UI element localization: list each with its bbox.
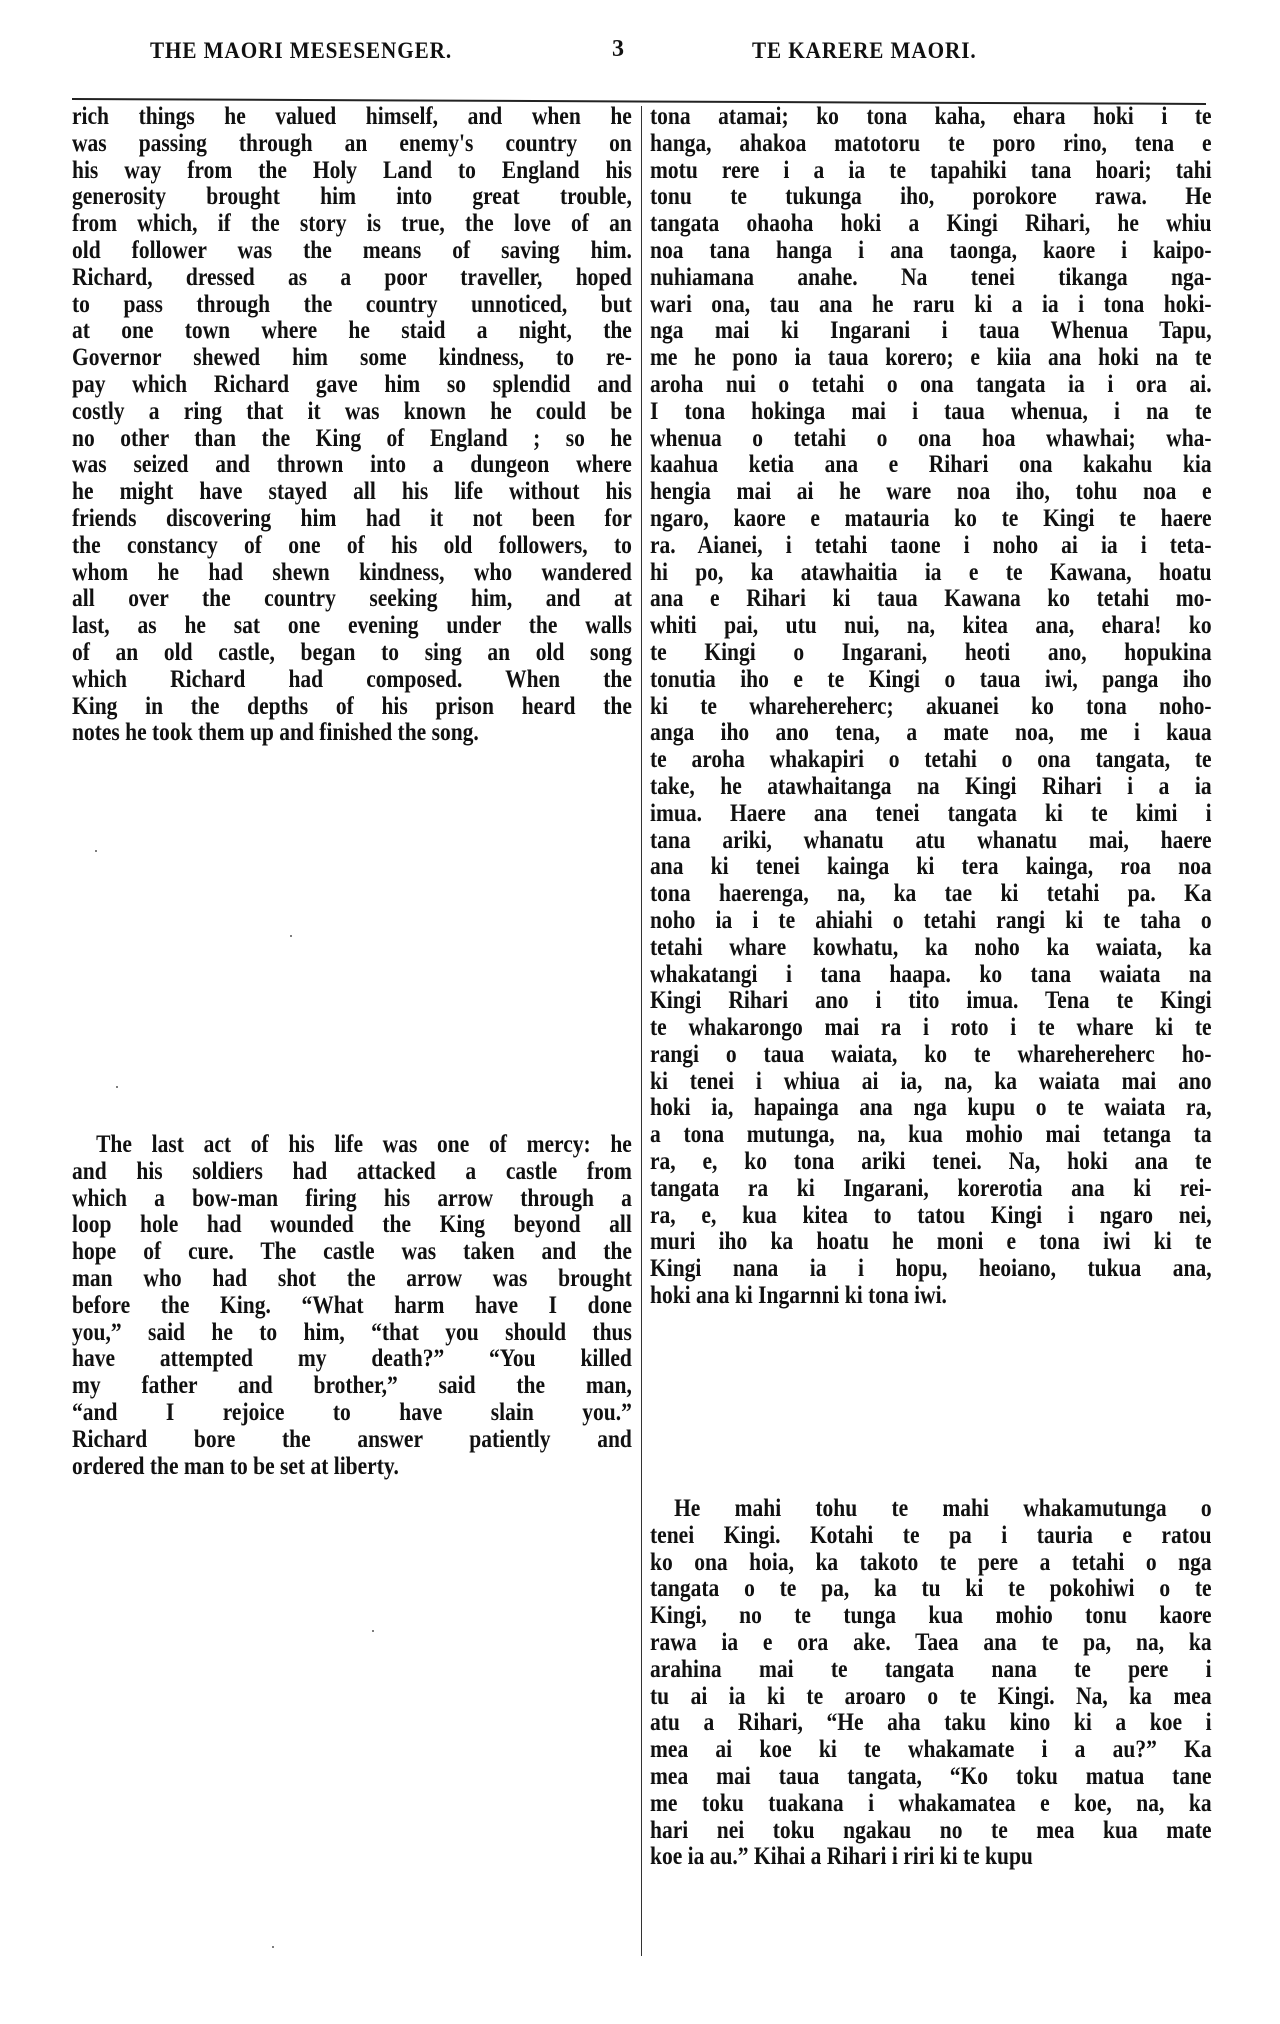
text-line: and his soldiers had attacked a castle f… (72, 1159, 632, 1186)
maori-column-paragraph-2: He mahi tohu te mahi whakamutunga otenei… (650, 1496, 1212, 1871)
scan-speck (372, 1630, 374, 1632)
newspaper-page: THE MAORI MESESENGER. 3 TE KARERE MAORI.… (0, 0, 1280, 2024)
text-line: He mahi tohu te mahi whakamutunga o (650, 1496, 1212, 1523)
text-line: te whakarongo mai ra i roto i te whare k… (650, 1015, 1212, 1042)
text-line: me toku tuakana i whakamatea e koe, na, … (650, 1791, 1212, 1818)
text-line: Kingi, no te tunga kua mohio tonu kaore (650, 1603, 1212, 1630)
running-head: THE MAORI MESESENGER. 3 TE KARERE MAORI. (70, 30, 1210, 80)
text-line: aroha nui o tetahi o ona tangata ia i or… (650, 372, 1212, 399)
text-line: ko ona hoia, ka takoto te pere a tetahi … (650, 1550, 1212, 1577)
scan-speck (116, 1086, 118, 1088)
text-line: atu a Rihari, “He aha taku kino ki a koe… (650, 1710, 1212, 1737)
text-line: no other than the King of England ; so h… (72, 426, 632, 453)
scan-speck (95, 850, 97, 852)
text-line: from which, if the story is true, the lo… (72, 211, 632, 238)
text-line: a tona mutunga, na, kua mohio mai tetang… (650, 1122, 1212, 1149)
text-line: kaahua ketia ana e Rihari ona kakahu kia (650, 452, 1212, 479)
text-line: tona atamai; ko tona kaha, ehara hoki i … (650, 104, 1212, 131)
text-line: hi po, ka atawhaitia ia e te Kawana, hoa… (650, 560, 1212, 587)
text-line: ngaro, kaore e matauria ko te Kingi te h… (650, 506, 1212, 533)
text-line: whiti pai, utu nui, na, kitea ana, ehara… (650, 613, 1212, 640)
scan-speck (272, 1946, 274, 1948)
text-line: generosity brought him into great troubl… (72, 184, 632, 211)
text-line: tetahi whare kowhatu, ka noho ka waiata,… (650, 935, 1212, 962)
text-line: anga iho ano tena, a mate noa, me i kaua (650, 720, 1212, 747)
text-line: tenei Kingi. Kotahi te pa i tauria e rat… (650, 1523, 1212, 1550)
text-line: was passing through an enemy's country o… (72, 131, 632, 158)
english-column-paragraph-2: The last act of his life was one of merc… (72, 1132, 632, 1480)
text-line: muri iho ka hoatu he moni e tona iwi ki … (650, 1229, 1212, 1256)
text-line: ana ki tenei kainga ki tera kainga, roa … (650, 854, 1212, 881)
text-line: last, as he sat one evening under the wa… (72, 613, 632, 640)
text-line: nga mai ki Ingarani i taua Whenua Tapu, (650, 318, 1212, 345)
text-line: te Kingi o Ingarani, heoti ano, hopukina (650, 640, 1212, 667)
text-line: which a bow-man firing his arrow through… (72, 1186, 632, 1213)
text-line: Richard, dressed as a poor traveller, ho… (72, 265, 632, 292)
maori-column-paragraph-1: tona atamai; ko tona kaha, ehara hoki i … (650, 104, 1212, 1310)
page-number: 3 (612, 36, 625, 63)
text-line: koe ia au.” Kihai a Rihari i riri ki te … (650, 1844, 1212, 1871)
text-line: nuhiamana anahe. Na tenei tikanga nga- (650, 265, 1212, 292)
text-line: “and I rejoice to have slain you.” (72, 1400, 632, 1427)
text-line: mea mai taua tangata, “Ko toku matua tan… (650, 1764, 1212, 1791)
text-line: you,” said he to him, “that you should t… (72, 1320, 632, 1347)
text-line: me he pono ia taua korero; e kiia ana ho… (650, 345, 1212, 372)
text-line: hanga, ahakoa matotoru te poro rino, ten… (650, 131, 1212, 158)
text-line: hengia mai ai he ware noa iho, tohu noa … (650, 479, 1212, 506)
text-line: his way from the Holy Land to England hi… (72, 158, 632, 185)
maori-masthead-title: TE KARERE MAORI. (752, 38, 977, 64)
text-line: ra, e, kua kitea to tatou Kingi i ngaro … (650, 1203, 1212, 1230)
text-line: loop hole had wounded the King beyond al… (72, 1212, 632, 1239)
scan-speck (290, 935, 292, 937)
english-column-paragraph-1: rich things he valued himself, and when … (72, 104, 632, 747)
text-line: noa tana hanga i ana taonga, kaore i kai… (650, 238, 1212, 265)
text-line: rangi o taua waiata, ko te wharehereherc… (650, 1042, 1212, 1069)
text-line: motu rere i a ia te tapahiki tana hoari;… (650, 158, 1212, 185)
text-line: man who had shot the arrow was brought (72, 1266, 632, 1293)
text-line: whakatangi i tana haapa. ko tana waiata … (650, 962, 1212, 989)
text-line: whom he had shewn kindness, who wandered (72, 560, 632, 587)
text-line: tangata ra ki Ingarani, korerotia ana ki… (650, 1176, 1212, 1203)
text-line: The last act of his life was one of merc… (72, 1132, 632, 1159)
text-line: notes he took them up and finished the s… (72, 720, 632, 747)
text-line: ana e Rihari ki taua Kawana ko tetahi mo… (650, 586, 1212, 613)
text-line: Richard bore the answer patiently and (72, 1427, 632, 1454)
text-line: hoki ana ki Ingarnni ki tona iwi. (650, 1283, 1212, 1310)
text-line: hope of cure. The castle was taken and t… (72, 1239, 632, 1266)
text-line: tangata ohaoha hoki a Kingi Rihari, he w… (650, 211, 1212, 238)
text-line: hari nei toku ngakau no te mea kua mate (650, 1818, 1212, 1845)
text-line: at one town where he staid a night, the (72, 318, 632, 345)
text-line: tona haerenga, na, ka tae ki tetahi pa. … (650, 881, 1212, 908)
text-line: ki tenei i whiua ai ia, na, ka waiata ma… (650, 1069, 1212, 1096)
text-line: arahina mai te tangata nana te pere i (650, 1657, 1212, 1684)
text-line: rawa ia e ora ake. Taea ana te pa, na, k… (650, 1630, 1212, 1657)
text-line: ra, e, ko tona ariki tenei. Na, hoki ana… (650, 1149, 1212, 1176)
text-line: my father and brother,” said the man, (72, 1373, 632, 1400)
text-line: tana ariki, whanatu atu whanatu mai, hae… (650, 828, 1212, 855)
text-line: costly a ring that it was known he could… (72, 399, 632, 426)
english-masthead-title: THE MAORI MESESENGER. (150, 38, 452, 64)
text-line: pay which Richard gave him so splendid a… (72, 372, 632, 399)
text-line: ordered the man to be set at liberty. (72, 1454, 632, 1481)
text-line: the constancy of one of his old follower… (72, 533, 632, 560)
text-line: friends discovering him had it not been … (72, 506, 632, 533)
text-line: old follower was the means of saving him… (72, 238, 632, 265)
text-line: which Richard had composed. When the (72, 667, 632, 694)
text-line: tu ai ia ki te aroaro o te Kingi. Na, ka… (650, 1684, 1212, 1711)
text-line: wari ona, tau ana he raru ki a ia i tona… (650, 292, 1212, 319)
text-line: all over the country seeking him, and at (72, 586, 632, 613)
text-line: tonu te tukunga iho, porokore rawa. He (650, 184, 1212, 211)
text-line: noho ia i te ahiahi o tetahi rangi ki te… (650, 908, 1212, 935)
text-line: King in the depths of his prison heard t… (72, 694, 632, 721)
text-line: ki te wharehereherc; akuanei ko tona noh… (650, 694, 1212, 721)
text-line: tonutia iho e te Kingi o taua iwi, panga… (650, 667, 1212, 694)
text-line: take, he atawhaitanga na Kingi Rihari i … (650, 774, 1212, 801)
text-line: Kingi nana ia i hopu, heoiano, tukua ana… (650, 1256, 1212, 1283)
text-line: imua. Haere ana tenei tangata ki te kimi… (650, 801, 1212, 828)
text-line: before the King. “What harm have I done (72, 1293, 632, 1320)
text-line: have attempted my death?” “You killed (72, 1346, 632, 1373)
text-line: rich things he valued himself, and when … (72, 104, 632, 131)
text-line: was seized and thrown into a dungeon whe… (72, 452, 632, 479)
text-line: to pass through the country unnoticed, b… (72, 292, 632, 319)
text-line: ra. Aianei, i tetahi taone i noho ai ia … (650, 533, 1212, 560)
text-line: te aroha whakapiri o tetahi o ona tangat… (650, 747, 1212, 774)
text-line: Kingi Rihari ano i tito imua. Tena te Ki… (650, 988, 1212, 1015)
text-line: Governor shewed him some kindness, to re… (72, 345, 632, 372)
text-line: hoki ia, hapainga ana nga kupu o te waia… (650, 1095, 1212, 1122)
text-line: mea ai koe ki te whakamate i a au?” Ka (650, 1737, 1212, 1764)
text-line: I tona hokinga mai i taua whenua, i na t… (650, 399, 1212, 426)
text-line: he might have stayed all his life withou… (72, 479, 632, 506)
text-line: of an old castle, began to sing an old s… (72, 640, 632, 667)
text-line: tangata o te pa, ka tu ki te pokohiwi o … (650, 1576, 1212, 1603)
text-line: whenua o tetahi o ona hoa whawhai; wha- (650, 426, 1212, 453)
column-divider (641, 106, 642, 1956)
